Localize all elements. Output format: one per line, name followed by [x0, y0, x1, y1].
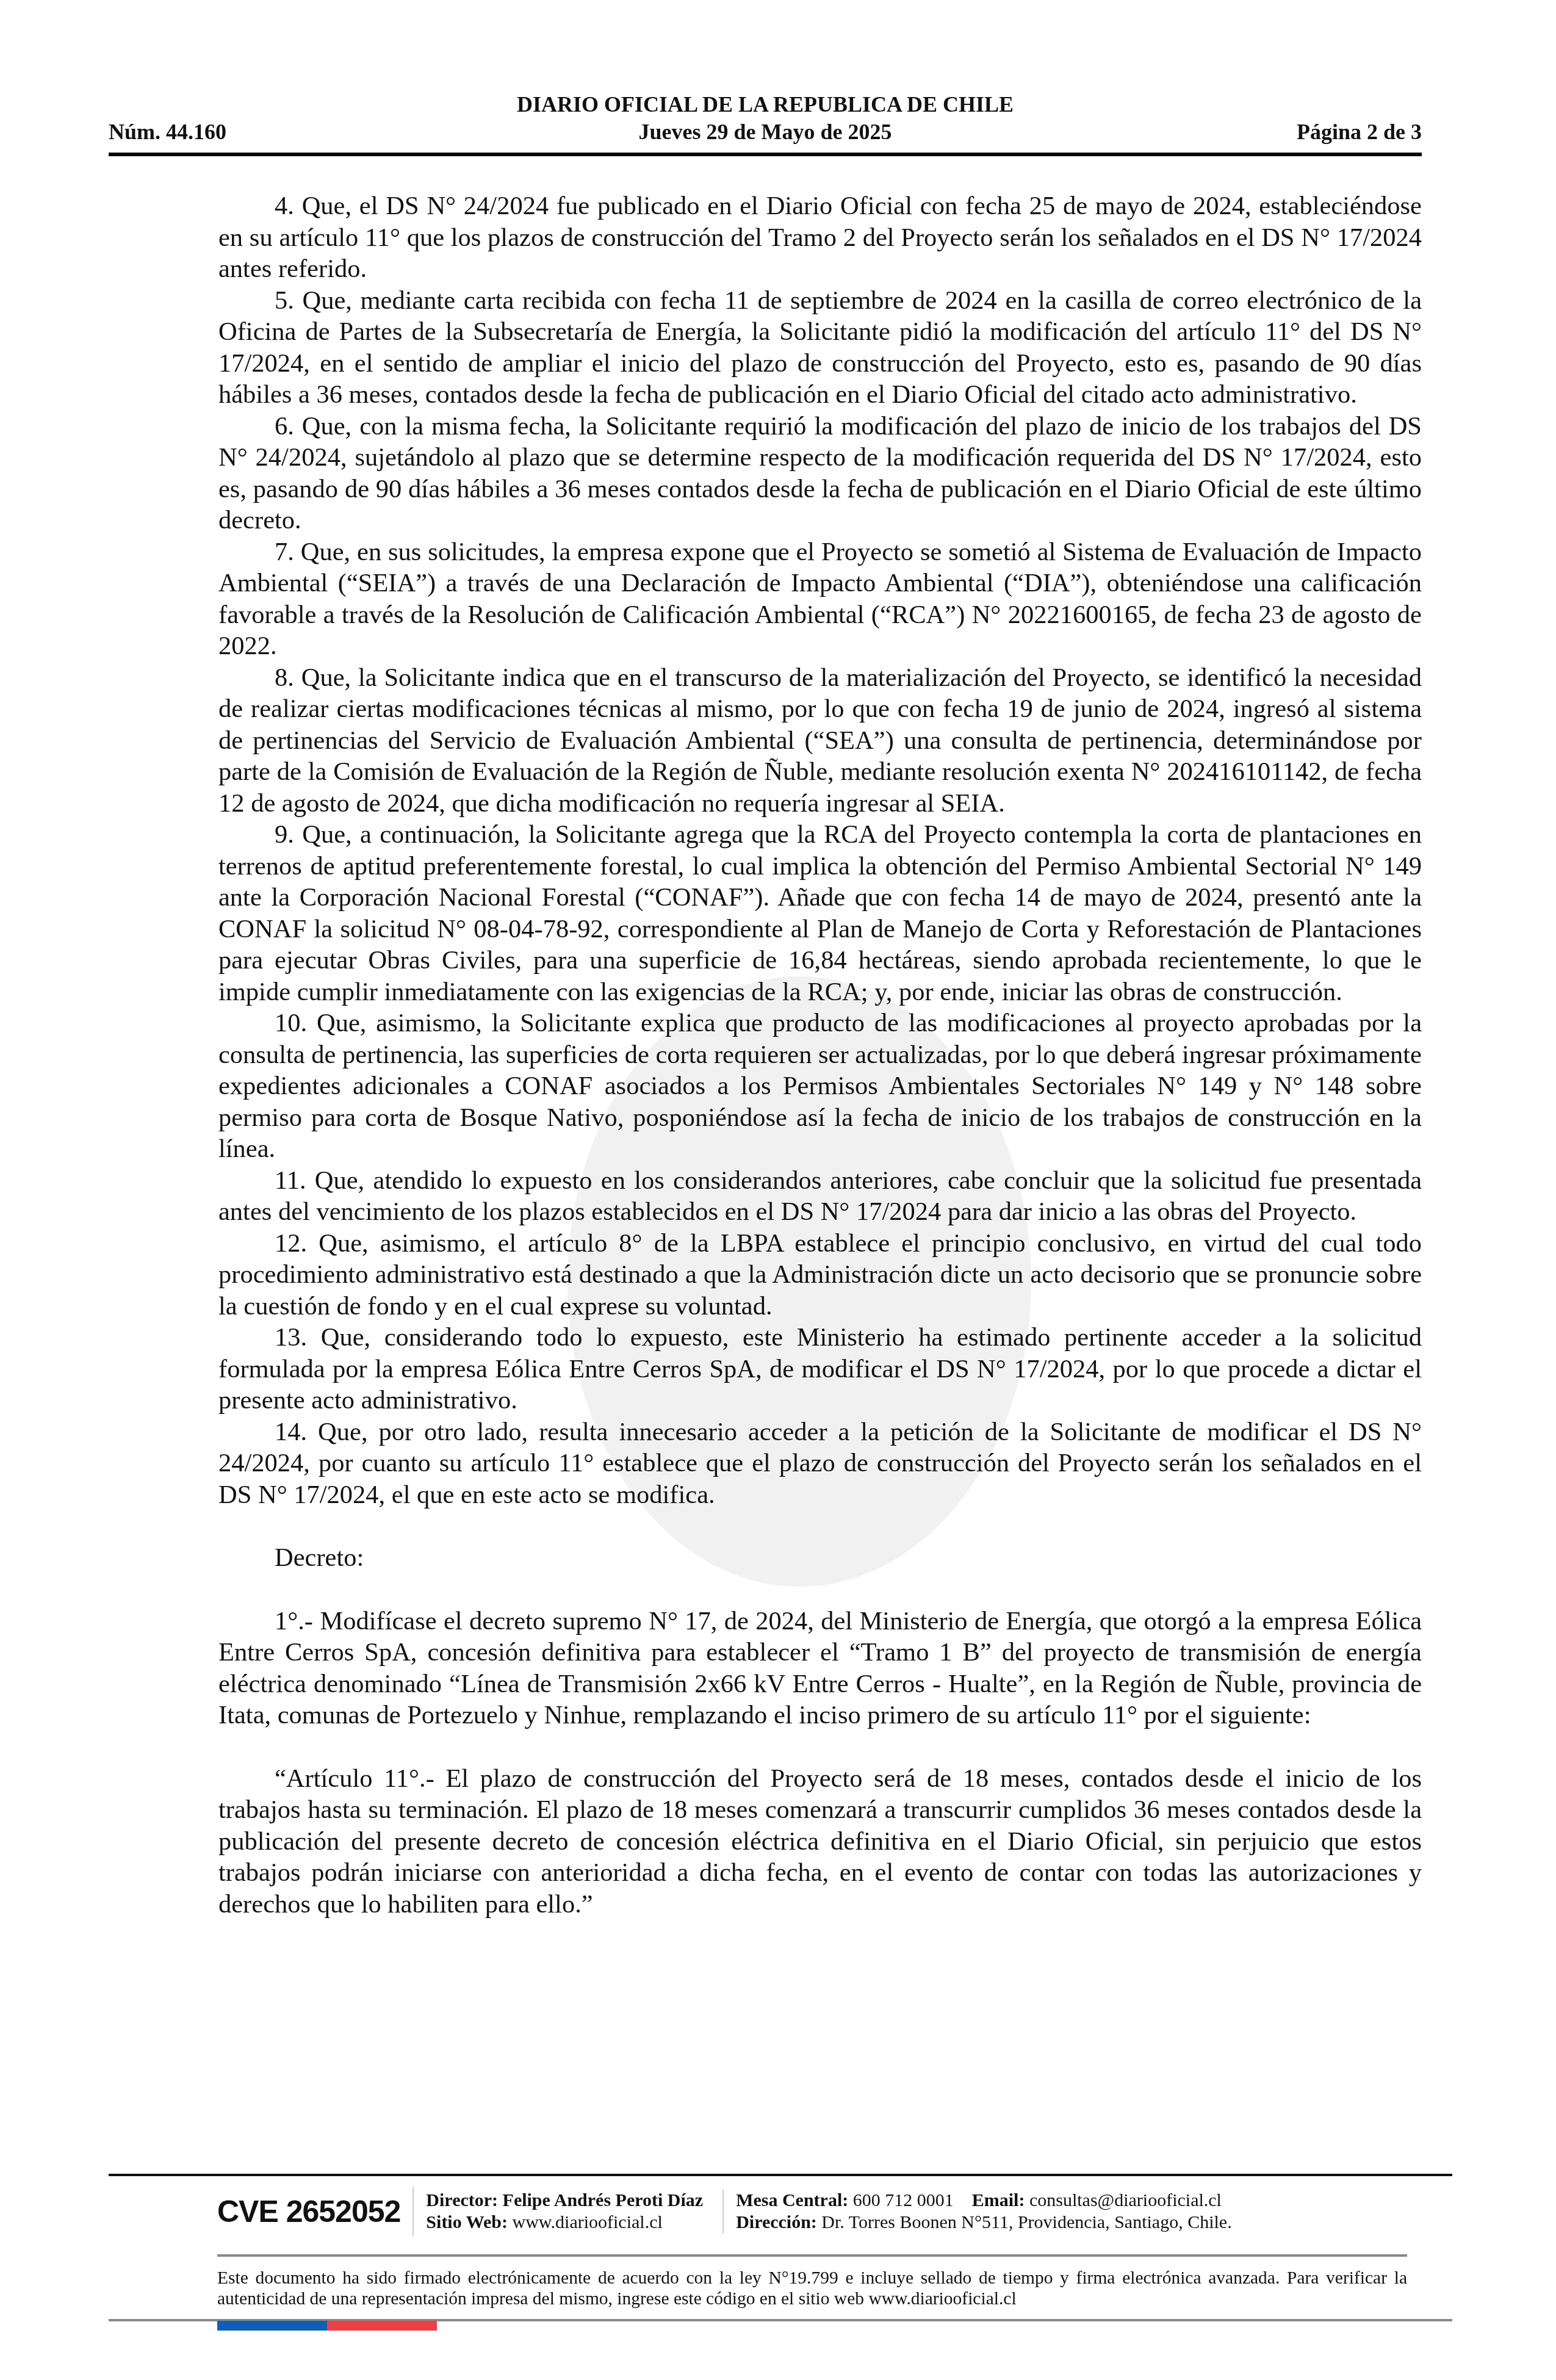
- flag-blue-segment: [217, 2321, 327, 2331]
- page-number: Página 2 de 3: [984, 118, 1422, 145]
- header-rule: [109, 153, 1422, 156]
- footer-rule-top: [109, 2174, 1452, 2176]
- considerando-13: 13. Que, considerando todo lo expuesto, …: [218, 1322, 1422, 1416]
- website-label: Sitio Web:: [426, 2212, 508, 2232]
- considerando-12: 12. Que, asimismo, el artículo 8° de la …: [218, 1228, 1422, 1322]
- phone-number: 600 712 0001: [853, 2190, 954, 2210]
- footer-info: CVE 2652052 Director: Felipe Andrés Pero…: [217, 2187, 1452, 2236]
- considerando-10: 10. Que, asimismo, la Solicitante explic…: [218, 1008, 1422, 1165]
- footer-contact-block: Mesa Central: 600 712 0001 Email: consul…: [722, 2190, 1244, 2234]
- document-body: 4. Que, el DS N° 24/2024 fue publicado e…: [218, 190, 1422, 1920]
- decreto-heading: Decreto:: [218, 1542, 1422, 1574]
- phone-label: Mesa Central:: [736, 2190, 848, 2210]
- email-label: Email:: [972, 2190, 1025, 2210]
- address-label: Dirección:: [736, 2212, 817, 2232]
- footer-rule-middle: [217, 2254, 1407, 2257]
- header-meta-row: Núm. 44.160 Jueves 29 de Mayo de 2025 Pá…: [109, 118, 1422, 145]
- article-11-quote: “Artículo 11°.- El plazo de construcción…: [218, 1763, 1422, 1920]
- issue-number: Núm. 44.160: [109, 118, 546, 145]
- director-name: Felipe Andrés Peroti Díaz: [503, 2190, 704, 2210]
- website-link[interactable]: www.diariooficial.cl: [513, 2212, 663, 2232]
- publication-title: DIARIO OFICIAL DE LA REPUBLICA DE CHILE: [109, 92, 1422, 117]
- considerando-6: 6. Que, con la misma fecha, la Solicitan…: [218, 411, 1422, 536]
- email-link[interactable]: consultas@diariooficial.cl: [1029, 2190, 1222, 2210]
- considerando-9: 9. Que, a continuación, la Solicitante a…: [218, 819, 1422, 1008]
- director-label: Director:: [426, 2190, 498, 2210]
- article-1: 1°.- Modifícase el decreto supremo N° 17…: [218, 1606, 1422, 1731]
- considerando-14: 14. Que, por otro lado, resulta innecesa…: [218, 1416, 1422, 1511]
- considerando-11: 11. Que, atendido lo expuesto en los con…: [218, 1165, 1422, 1228]
- issue-date: Jueves 29 de Mayo de 2025: [546, 118, 984, 145]
- legal-notice: Este documento ha sido firmado electróni…: [217, 2268, 1407, 2309]
- page-footer: CVE 2652052 Director: Felipe Andrés Pero…: [109, 2174, 1452, 2331]
- address-value: Dr. Torres Boonen N°511, Providencia, Sa…: [821, 2212, 1231, 2232]
- flag-red-segment: [327, 2321, 437, 2331]
- page-header: DIARIO OFICIAL DE LA REPUBLICA DE CHILE …: [109, 92, 1422, 156]
- cve-code: CVE 2652052: [217, 2187, 414, 2236]
- chile-flag-stripe-icon: [217, 2321, 1452, 2331]
- considerando-8: 8. Que, la Solicitante indica que en el …: [218, 662, 1422, 820]
- footer-director-block: Director: Felipe Andrés Peroti Díaz Siti…: [414, 2190, 715, 2234]
- considerando-7: 7. Que, en sus solicitudes, la empresa e…: [218, 536, 1422, 662]
- considerando-5: 5. Que, mediante carta recibida con fech…: [218, 285, 1422, 411]
- considerando-4: 4. Que, el DS N° 24/2024 fue publicado e…: [218, 190, 1422, 285]
